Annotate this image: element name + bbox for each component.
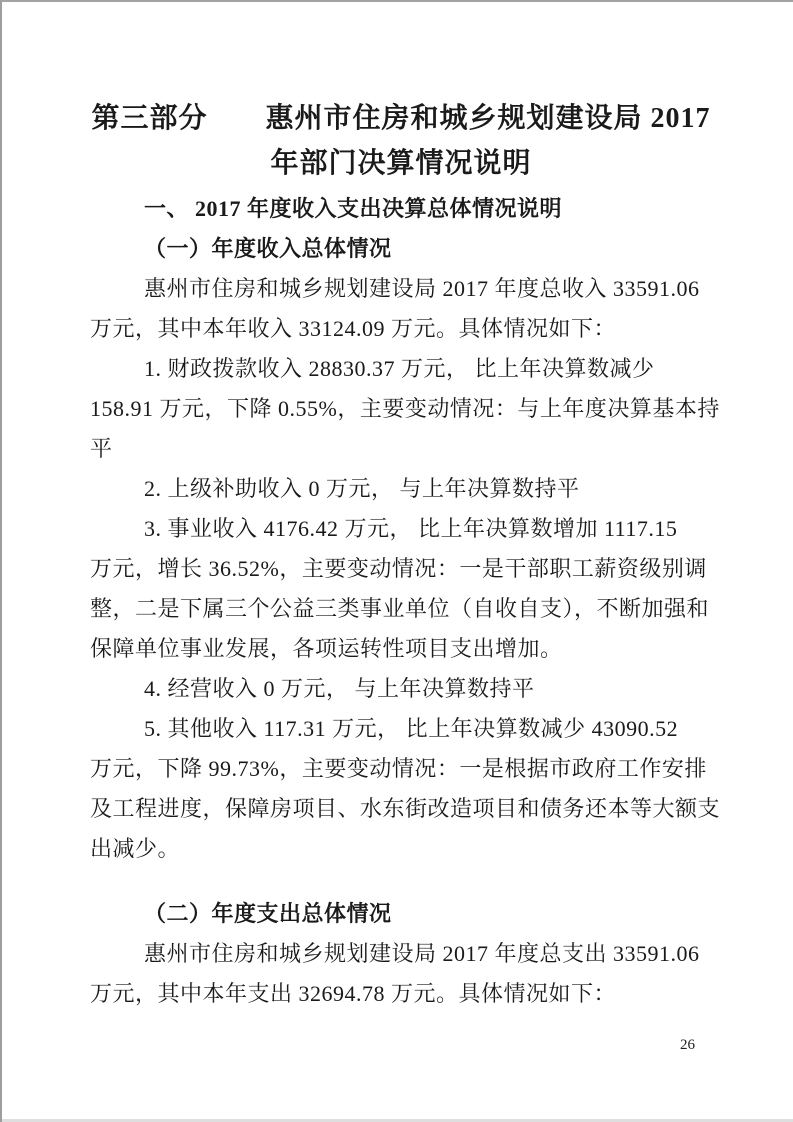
text-line: 1. 财政拨款收入 28830.37 万元， 比上年决算数减少 — [90, 349, 712, 389]
document-title: 第三部分 惠州市住房和城乡规划建设局 2017 年部门决算情况说明 — [90, 96, 712, 186]
document-title-line-1: 第三部分 惠州市住房和城乡规划建设局 2017 — [90, 96, 712, 141]
document-content: 第三部分 惠州市住房和城乡规划建设局 2017 年部门决算情况说明 一、 201… — [90, 2, 712, 1014]
document-body: 一、 2017 年度收入支出决算总体情况说明（一）年度收入总体情况惠州市住房和城… — [90, 189, 712, 1014]
text-line: 万元，其中本年收入 33124.09 万元。具体情况如下： — [90, 309, 712, 349]
text-line: 惠州市住房和城乡规划建设局 2017 年度总收入 33591.06 — [90, 269, 712, 309]
document-title-line-2: 年部门决算情况说明 — [90, 141, 712, 186]
blank-line — [90, 869, 712, 894]
text-line: 万元，其中本年支出 32694.78 万元。具体情况如下： — [90, 974, 712, 1014]
text-line: 及工程进度，保障房项目、水东街改造项目和债务还本等大额支 — [90, 789, 712, 829]
section-heading: （二）年度支出总体情况 — [90, 894, 712, 934]
text-line: 4. 经营收入 0 万元， 与上年决算数持平 — [90, 669, 712, 709]
page-number: 26 — [680, 1035, 695, 1055]
text-line: 5. 其他收入 117.31 万元， 比上年决算数减少 43090.52 — [90, 709, 712, 749]
section-heading: 一、 2017 年度收入支出决算总体情况说明 — [90, 189, 712, 229]
section-heading: （一）年度收入总体情况 — [90, 229, 712, 269]
text-line: 保障单位事业发展，各项运转性项目支出增加。 — [90, 629, 712, 669]
text-line: 惠州市住房和城乡规划建设局 2017 年度总支出 33591.06 — [90, 934, 712, 974]
text-line: 3. 事业收入 4176.42 万元， 比上年决算数增加 1117.15 — [90, 509, 712, 549]
text-line: 整，二是下属三个公益三类事业单位（自收自支），不断加强和 — [90, 589, 712, 629]
text-line: 万元，下降 99.73%，主要变动情况：一是根据市政府工作安排 — [90, 749, 712, 789]
document-page: 第三部分 惠州市住房和城乡规划建设局 2017 年部门决算情况说明 一、 201… — [0, 0, 793, 1122]
text-line: 万元，增长 36.52%，主要变动情况：一是干部职工薪资级别调 — [90, 549, 712, 589]
text-line: 2. 上级补助收入 0 万元， 与上年决算数持平 — [90, 469, 712, 509]
text-line: 平 — [90, 429, 712, 469]
text-line: 158.91 万元，下降 0.55%，主要变动情况：与上年度决算基本持 — [90, 389, 712, 429]
text-line: 出减少。 — [90, 829, 712, 869]
